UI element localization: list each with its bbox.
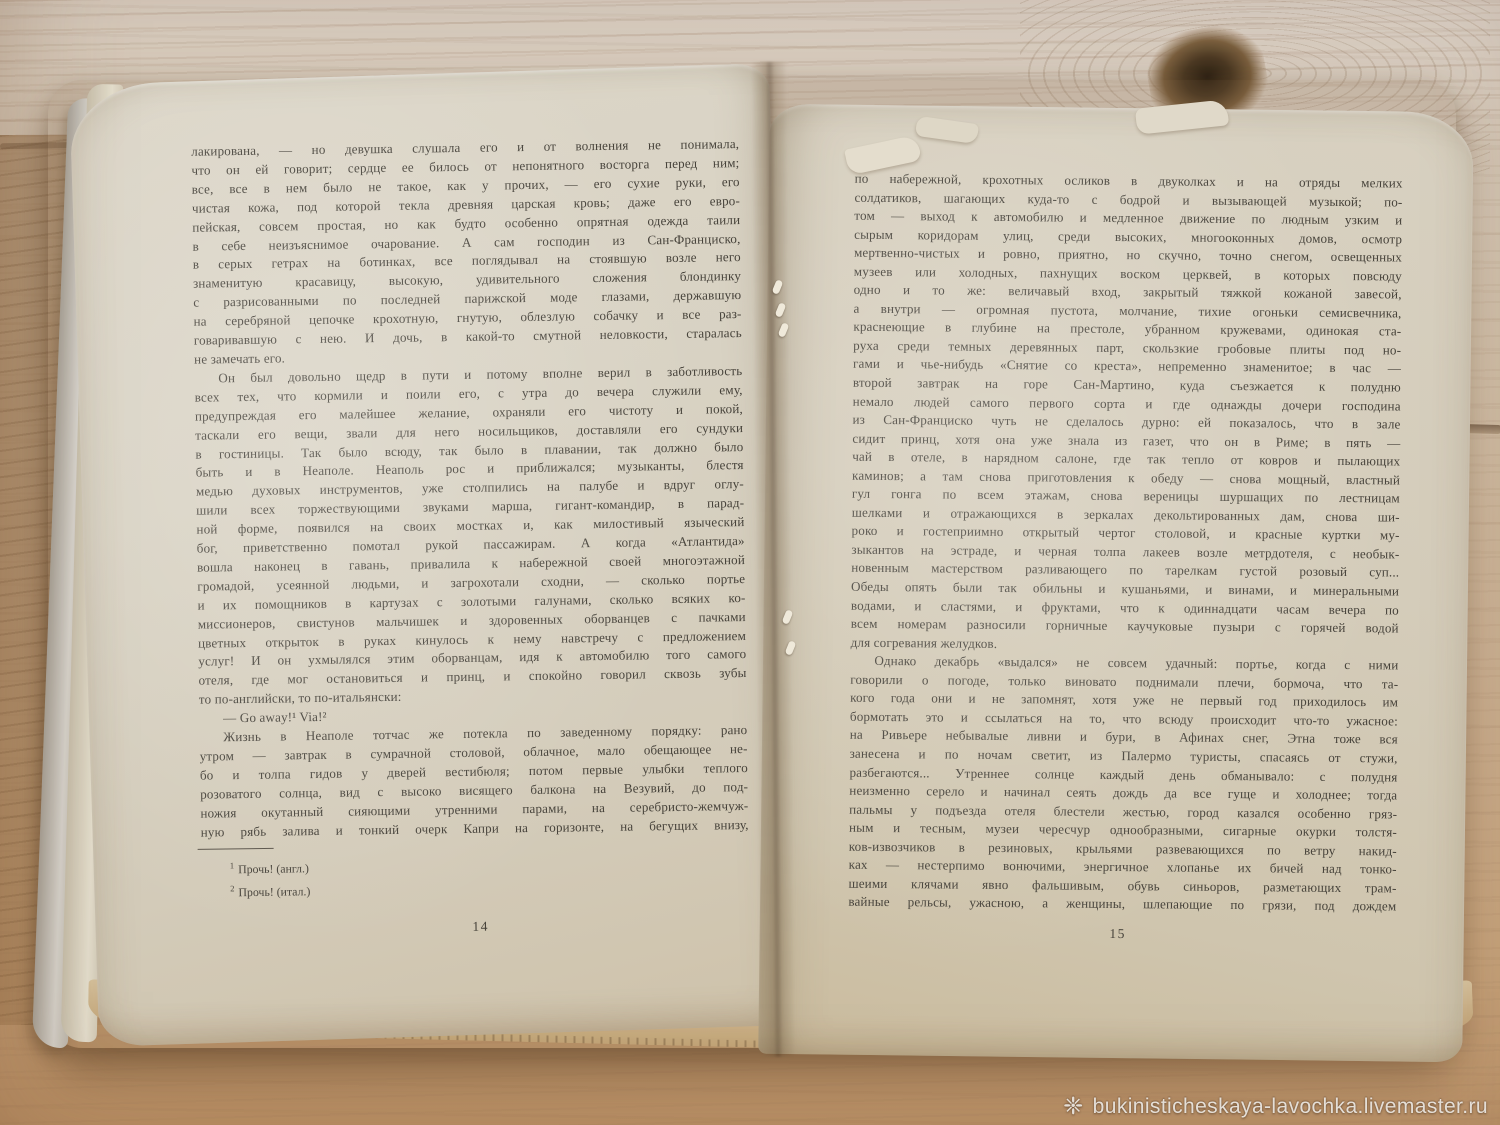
- footnote-text: Прочь! (итал.): [238, 884, 310, 899]
- right-page-text: по набережной, крохотных осликов в двуко…: [848, 170, 1402, 917]
- book-gutter: [740, 62, 805, 1057]
- footnote-marker: 1: [230, 860, 234, 870]
- footnote-text: Прочь! (англ.): [238, 861, 309, 876]
- left-page: лакирована, — но девушка слушала его и о…: [69, 63, 799, 1047]
- footnotes: 1Прочь! (англ.) 2Прочь! (итал.): [196, 841, 739, 902]
- book-photo: лакирована, — но девушка слушала его и о…: [0, 0, 1500, 1125]
- watermark-text: bukinisticheskaya-lavochka.livemaster.ru: [1093, 1095, 1488, 1119]
- watermark: ❈ bukinisticheskaya-lavochka.livemaster.…: [1063, 1095, 1488, 1119]
- text-line: вайные рельсы, ужасною, а женщины, шлепа…: [848, 893, 1396, 916]
- right-page: по набережной, крохотных осликов в двуко…: [758, 104, 1474, 1063]
- open-book: лакирована, — но девушка слушала его и о…: [58, 58, 1462, 1063]
- footnote-rule: [198, 848, 274, 850]
- left-page-text: лакирована, — но девушка слушала его и о…: [191, 135, 749, 842]
- snowflake-icon: ❈: [1063, 1095, 1084, 1119]
- page-number: 15: [847, 924, 1389, 945]
- page-number: 14: [210, 915, 752, 939]
- footnote-marker: 2: [230, 883, 234, 893]
